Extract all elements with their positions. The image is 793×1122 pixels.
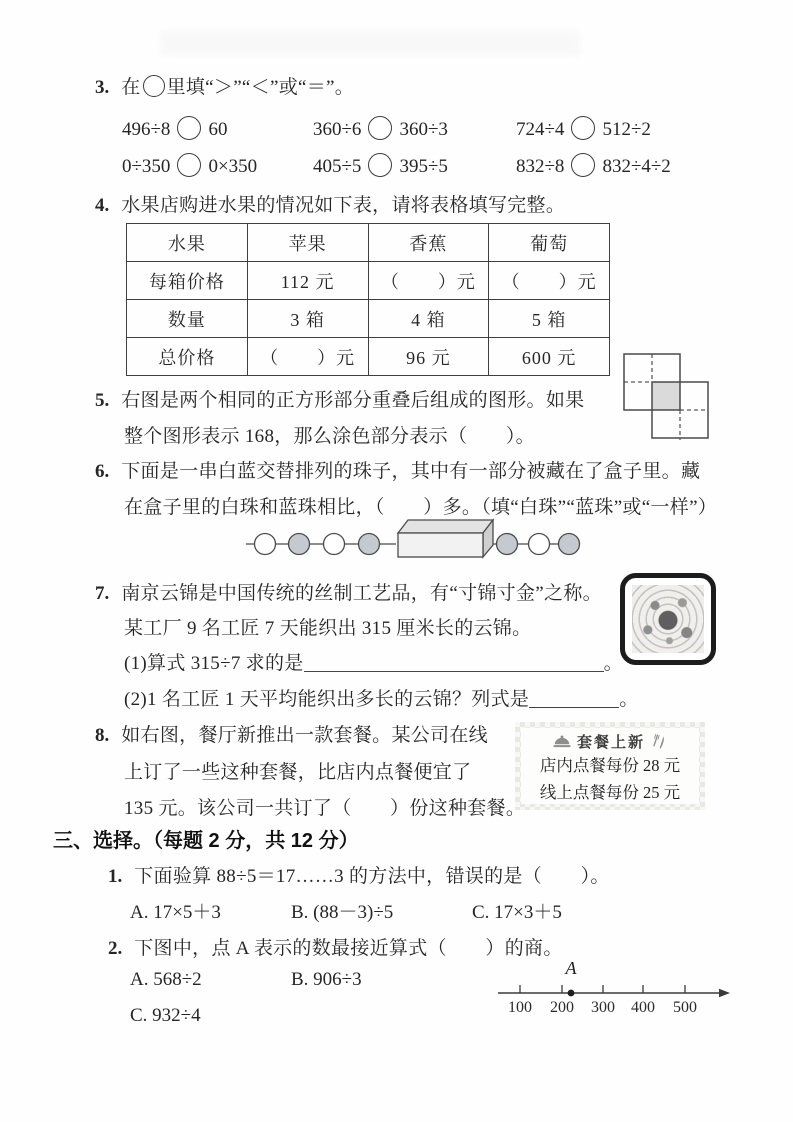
table-cell: 4 箱 (368, 300, 489, 338)
table-cell: 3 箱 (247, 300, 368, 338)
table-cell: 每箱价格 (127, 262, 248, 300)
table-cell: 数量 (127, 300, 248, 338)
question-number: 7. (95, 583, 109, 604)
answer-circle (368, 116, 392, 140)
answer-blank (304, 653, 604, 672)
question-number: 6. (95, 461, 109, 482)
comparison-item: 405÷5395÷5 (313, 153, 448, 178)
answer-circle (571, 153, 595, 177)
question-number: 4. (95, 195, 109, 216)
bead-blue (497, 534, 518, 555)
fork-knife-icon (651, 734, 667, 749)
coupon-price-line: 线上点餐每份 25 元 (521, 779, 699, 806)
section-heading: 三、选择。（每题 2 分，共 12 分） (53, 824, 359, 853)
table-row: 每箱价格 112 元 （ ）元 （ ）元 (127, 262, 610, 300)
table-row: 数量 3 箱 4 箱 5 箱 (127, 300, 610, 338)
question-text: 下面验算 88÷5＝17……3 的方法中，错误的是（ ）。 (134, 866, 609, 887)
table-cell: （ ）元 (489, 262, 610, 300)
scan-showthrough (160, 30, 580, 56)
answer-circle (177, 153, 201, 177)
bead-string-figure (246, 516, 586, 568)
answer-circle (571, 116, 595, 140)
bead-white (324, 534, 345, 555)
comparison-item: 496÷860 (122, 116, 227, 141)
table-cell: 96 元 (368, 338, 489, 376)
question-text: 南京云锦是中国传统的丝制工艺品，有“寸锦寸金”之称。 (121, 583, 602, 604)
option-b: B. (88－3)÷5 (291, 897, 393, 924)
question-5: 5. 右图是两个相同的正方形部分重叠后组成的图形。如果 (95, 385, 584, 412)
tick-label: 300 (591, 999, 615, 1016)
meal-deal-coupon: 套餐上新 店内点餐每份 28 元 线上点餐每份 25 元 (515, 722, 705, 810)
shaded-overlap-region (652, 382, 680, 410)
coupon-title: 套餐上新 (577, 731, 645, 752)
tick-label: 400 (631, 999, 655, 1016)
question-number: 1. (108, 866, 122, 887)
comparison-item: 360÷6360÷3 (313, 116, 448, 141)
question-text: 如右图，餐厅新推出一款套餐。某公司在线 (121, 725, 488, 746)
option-a: A. 17×5＋3 (130, 897, 221, 924)
comparison-item: 832÷8832÷4÷2 (516, 153, 671, 178)
option-a: A. 568÷2 (130, 969, 202, 991)
bead-white (529, 534, 550, 555)
question-subpart-2: (2)1 名工匠 1 天平均能织出多长的云锦？列式是。 (124, 684, 639, 711)
bead-white (255, 534, 276, 555)
arrow-head (719, 989, 730, 997)
answer-blank (529, 689, 619, 708)
question-text: 上订了一些这种套餐，比店内点餐便宜了 (124, 757, 471, 784)
point-a-label: A (565, 958, 578, 978)
answer-circle (368, 153, 392, 177)
table-cell: （ ）元 (247, 338, 368, 376)
option-c: C. 932÷4 (130, 1005, 201, 1027)
bead-blue (289, 534, 310, 555)
brocade-image (620, 573, 716, 665)
question-6: 6. 下面是一串白蓝交替排列的珠子，其中有一部分被藏在了盒子里。藏 (95, 456, 700, 483)
tick-labels: 100 200 300 400 500 (508, 999, 697, 1016)
number-line-figure: A 100 200 300 400 500 (492, 956, 736, 1020)
hidden-beads-box (398, 520, 493, 557)
table-cell: 112 元 (247, 262, 368, 300)
worksheet-page: 3. 在里填“＞”“＜”或“＝”。 496÷860 360÷6360÷3 724… (0, 0, 793, 1122)
table-cell: 水果 (127, 224, 248, 262)
table-cell: 总价格 (127, 338, 248, 376)
bead-blue (559, 534, 580, 555)
table-cell: （ ）元 (368, 262, 489, 300)
brocade-pattern (632, 585, 704, 653)
question-3: 3. 在里填“＞”“＜”或“＝”。 (95, 72, 354, 99)
comparison-item: 724÷4512÷2 (516, 116, 651, 141)
coupon-body: 套餐上新 店内点餐每份 28 元 线上点餐每份 25 元 (521, 728, 699, 804)
question-text: 在里填“＞”“＜”或“＝”。 (121, 77, 354, 98)
table-row: 总价格 （ ）元 96 元 600 元 (127, 338, 610, 376)
question-text: 整个图形表示 168，那么涂色部分表示（ ）。 (124, 421, 535, 448)
comparison-item: 0÷3500×350 (122, 153, 257, 178)
question-number: 3. (95, 77, 109, 98)
tick-label: 200 (550, 999, 574, 1016)
table-row: 水果 苹果 香蕉 葡萄 (127, 224, 610, 262)
overlapping-squares-figure (622, 352, 712, 444)
question-4: 4. 水果店购进水果的情况如下表，请将表格填写完整。 (95, 190, 565, 217)
point-a-dot (568, 990, 575, 997)
question-text: 135 元。该公司一共订了（ ）份这种套餐。 (124, 793, 525, 820)
question-text: 某工厂 9 名工匠 7 天能织出 315 厘米长的云锦。 (124, 613, 531, 640)
question-8: 8. 如右图，餐厅新推出一款套餐。某公司在线 (95, 720, 488, 747)
question-text: 下面是一串白蓝交替排列的珠子，其中有一部分被藏在了盒子里。藏 (121, 461, 700, 482)
tick-marks (520, 985, 685, 993)
question-number: 5. (95, 390, 109, 411)
option-b: B. 906÷3 (291, 969, 362, 991)
coupon-price-line: 店内点餐每份 28 元 (521, 752, 699, 779)
table-cell: 5 箱 (489, 300, 610, 338)
answer-circle (177, 116, 201, 140)
table-cell: 苹果 (247, 224, 368, 262)
choice-question-1: 1. 下面验算 88÷5＝17……3 的方法中，错误的是（ ）。 (108, 861, 610, 888)
question-number: 2. (108, 938, 122, 959)
question-7: 7. 南京云锦是中国传统的丝制工艺品，有“寸锦寸金”之称。 (95, 578, 602, 605)
answer-circle (143, 75, 165, 97)
table-cell: 葡萄 (489, 224, 610, 262)
serving-dish-icon (553, 734, 571, 749)
fruit-table: 水果 苹果 香蕉 葡萄 每箱价格 112 元 （ ）元 （ ）元 数量 3 箱 … (126, 223, 610, 376)
question-subpart-1: (1)算式 315÷7 求的是。 (124, 648, 623, 675)
table-cell: 600 元 (489, 338, 610, 376)
tick-label: 500 (673, 999, 697, 1016)
question-text: 在盒子里的白珠和蓝珠相比，（ ）多。（填“白珠”“蓝珠”或“一样”） (124, 492, 717, 519)
coupon-header: 套餐上新 (521, 730, 699, 752)
bead-blue (359, 534, 380, 555)
question-text: 右图是两个相同的正方形部分重叠后组成的图形。如果 (121, 390, 584, 411)
option-c: C. 17×3＋5 (472, 897, 562, 924)
table-cell: 香蕉 (368, 224, 489, 262)
question-text: 水果店购进水果的情况如下表，请将表格填写完整。 (121, 195, 565, 216)
tick-label: 100 (508, 999, 532, 1016)
question-number: 8. (95, 725, 109, 746)
